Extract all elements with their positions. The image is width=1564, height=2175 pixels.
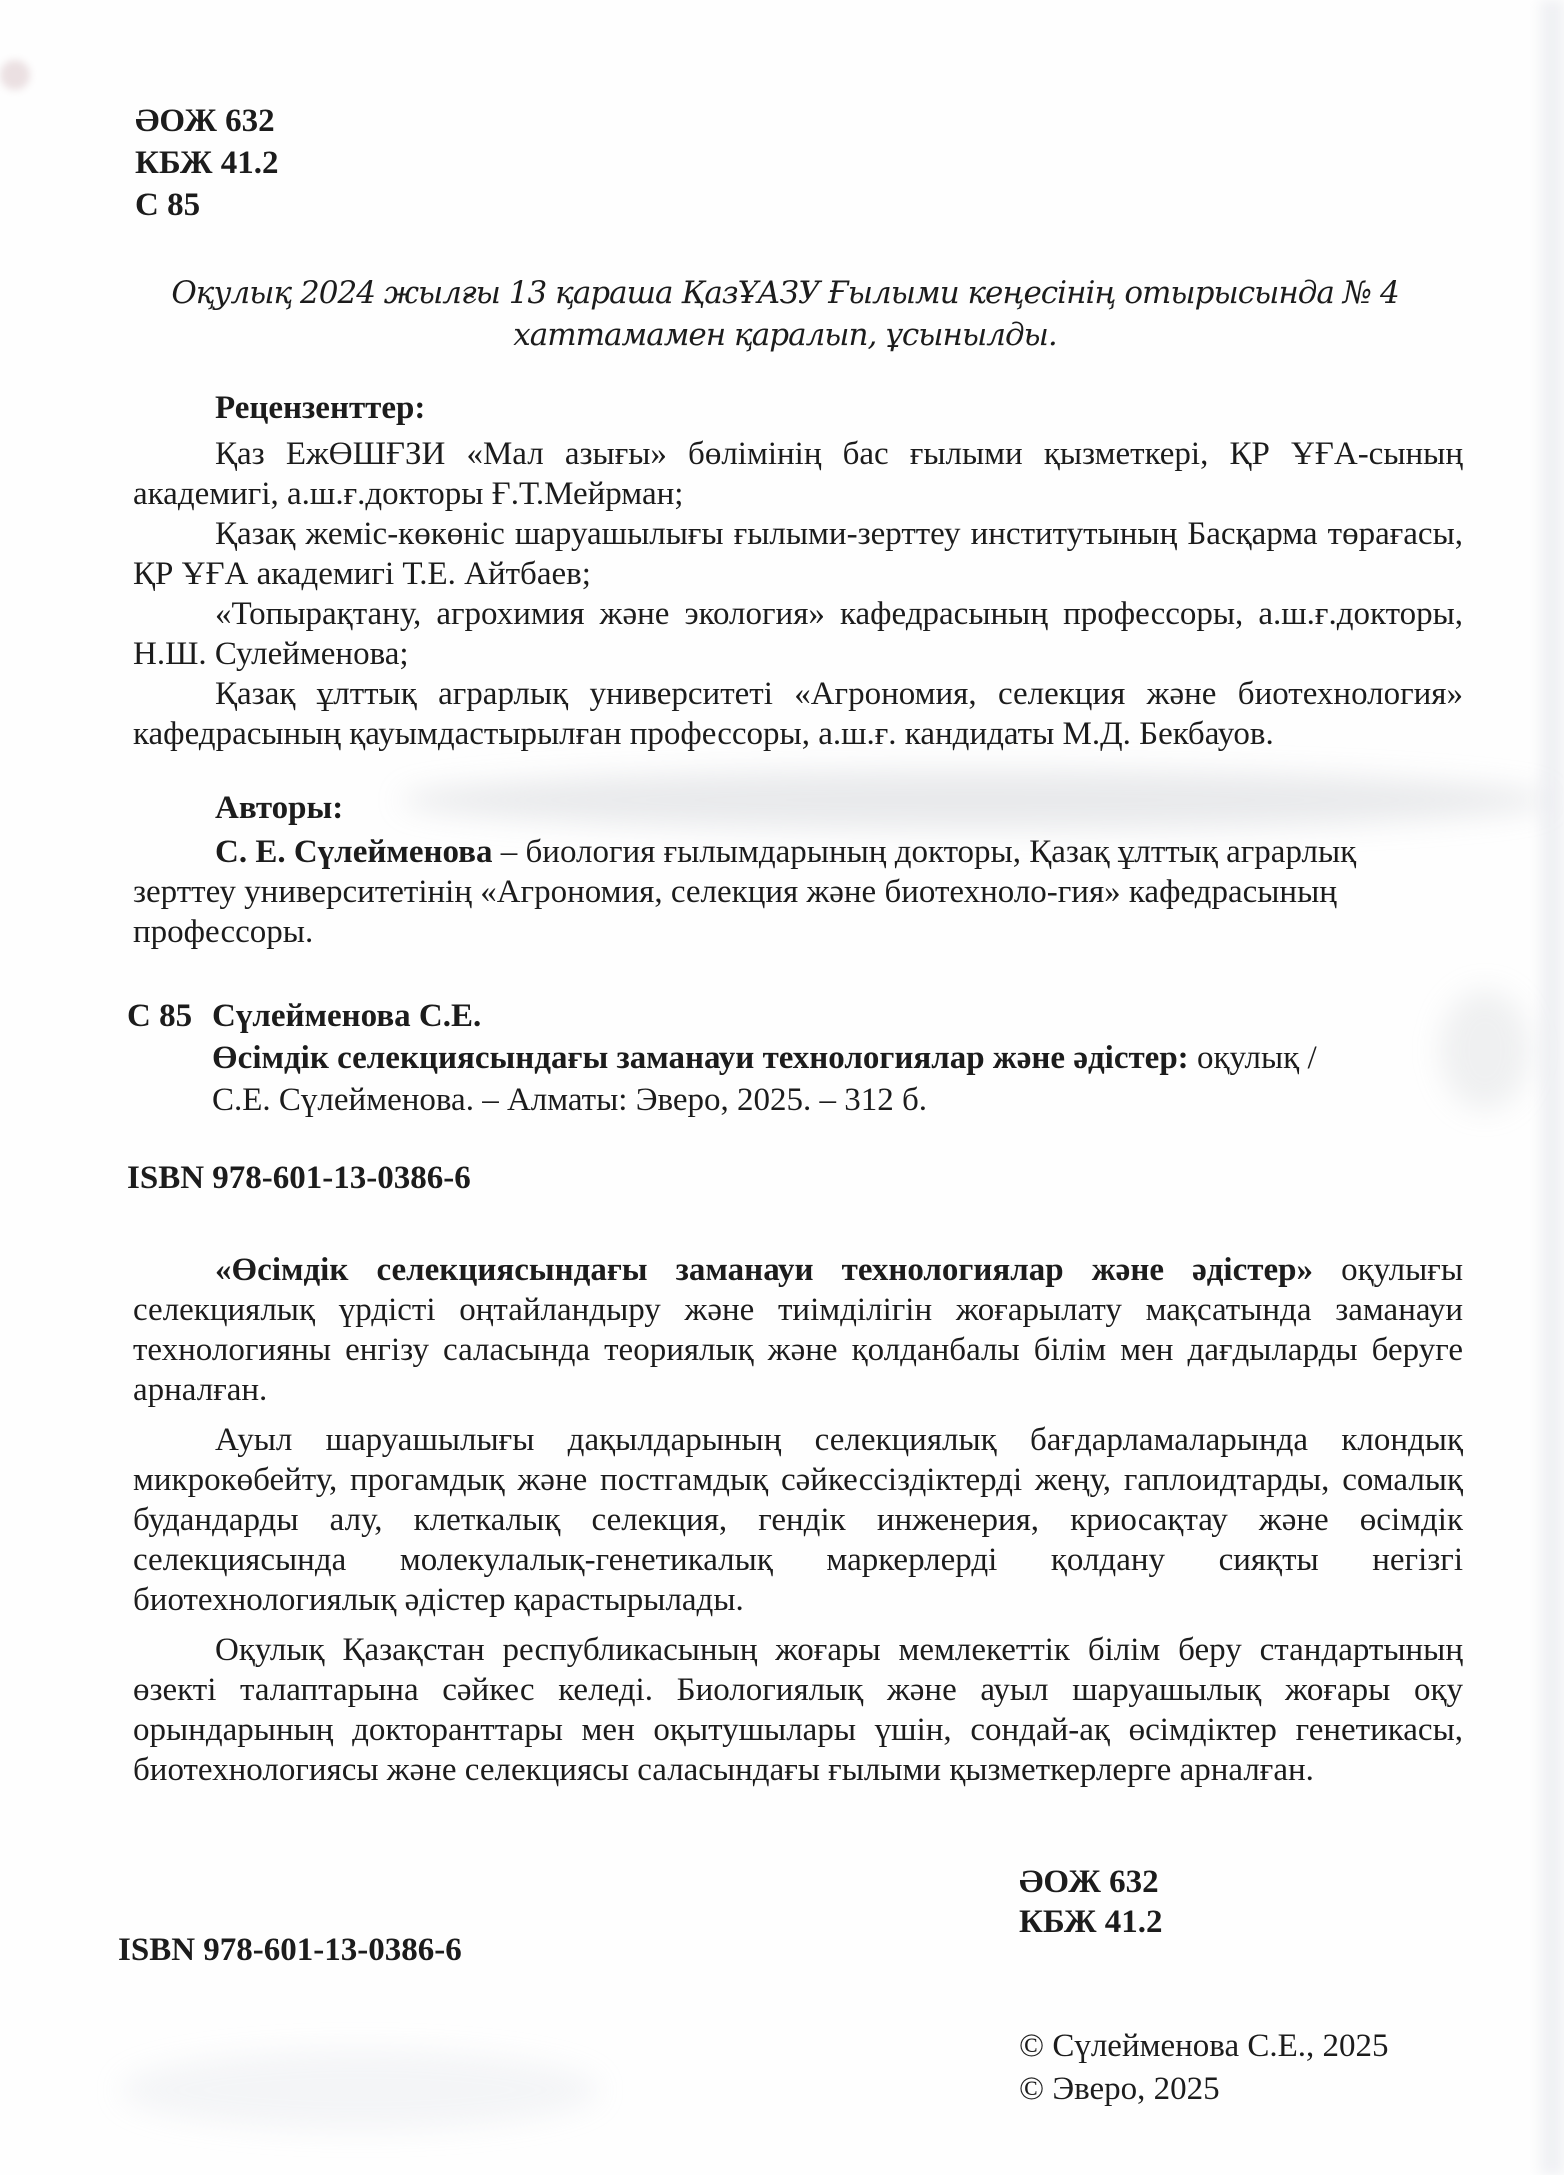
page-edge-shadow xyxy=(1540,0,1564,2175)
footer-isbn: ISBN 978-601-13-0386-6 xyxy=(118,1932,462,1969)
author-mark: С 85 xyxy=(135,184,279,226)
reviewer-item: Қазақ жеміс-көкөніс шаруашылығы ғылыми-з… xyxy=(133,514,1463,594)
annotation-paragraph-3: Оқулық Қазақстан республикасының жоғары … xyxy=(133,1630,1463,1790)
approval-note: Оқулық 2024 жылғы 13 қараша ҚазҰАЗУ Ғылы… xyxy=(150,272,1420,356)
copyright-block: © Сүлейменова С.Е., 2025 © Эверо, 2025 xyxy=(1019,2025,1389,2111)
authors-section: Авторы: С. Е. Сүлейменова – биология ғыл… xyxy=(133,788,1463,952)
annotation-paragraph-1: «Өсімдік селекциясындағы заманауи технол… xyxy=(133,1250,1463,1410)
approval-line-2: хаттамамен қаралып, ұсынылды. xyxy=(150,314,1420,356)
copyright-author: © Сүлейменова С.Е., 2025 xyxy=(1019,2025,1389,2068)
footer-classification-codes: ӘОЖ 632 КБЖ 41.2 xyxy=(1019,1862,1163,1942)
copyright-publisher: © Эверо, 2025 xyxy=(1019,2068,1389,2111)
catalog-title: Өсімдік селекциясындағы заманауи техноло… xyxy=(212,1040,1189,1076)
catalog-entry: С 85 Сүлейменова С.Е. Өсімдік селекциясы… xyxy=(127,995,1487,1121)
author-name: С. Е. Сүлейменова xyxy=(215,834,493,870)
reviewer-item: Қазақ ұлттық аграрлық университеті «Агро… xyxy=(133,674,1463,754)
authors-heading: Авторы: xyxy=(133,788,1463,828)
catalog-author: Сүлейменова С.Е. xyxy=(212,995,481,1037)
catalog-imprint: С.Е. Сүлейменова. – Алматы: Эверо, 2025.… xyxy=(127,1079,1487,1121)
catalog-code: С 85 xyxy=(127,995,212,1037)
scan-smudge xyxy=(0,60,30,90)
annotation-section: «Өсімдік селекциясындағы заманауи технол… xyxy=(133,1250,1463,1800)
reviewers-section: Рецензенттер: Қаз ЕжӨШҒЗИ «Мал азығы» бө… xyxy=(133,388,1463,754)
approval-line-1: Оқулық 2024 жылғы 13 қараша ҚазҰАЗУ Ғылы… xyxy=(150,272,1420,314)
udc-code: ӘОЖ 632 xyxy=(135,100,279,142)
author-entry: С. Е. Сүлейменова – биология ғылымдарыны… xyxy=(133,832,1463,952)
reviewer-item: «Топырақтану, агрохимия және экология» к… xyxy=(133,594,1463,674)
isbn: ISBN 978-601-13-0386-6 xyxy=(127,1160,471,1197)
catalog-type: оқулық / xyxy=(1189,1040,1317,1076)
classification-codes: ӘОЖ 632 КБЖ 41.2 С 85 xyxy=(135,100,279,226)
book-imprint-page: ӘОЖ 632 КБЖ 41.2 С 85 Оқулық 2024 жылғы … xyxy=(0,0,1564,2175)
reviewers-heading: Рецензенттер: xyxy=(133,388,1463,428)
footer-udc-code: ӘОЖ 632 xyxy=(1019,1862,1163,1902)
reviewer-item: Қаз ЕжӨШҒЗИ «Мал азығы» бөлімінің бас ғы… xyxy=(133,434,1463,514)
book-title-quote: «Өсімдік селекциясындағы заманауи технол… xyxy=(215,1252,1313,1288)
bbk-code: КБЖ 41.2 xyxy=(135,142,279,184)
annotation-paragraph-2: Ауыл шаруашылығы дақылдарының селекциялы… xyxy=(133,1420,1463,1620)
scan-shadow xyxy=(120,2050,600,2130)
footer-bbk-code: КБЖ 41.2 xyxy=(1019,1902,1163,1942)
catalog-title-line: Өсімдік селекциясындағы заманауи техноло… xyxy=(127,1037,1487,1079)
